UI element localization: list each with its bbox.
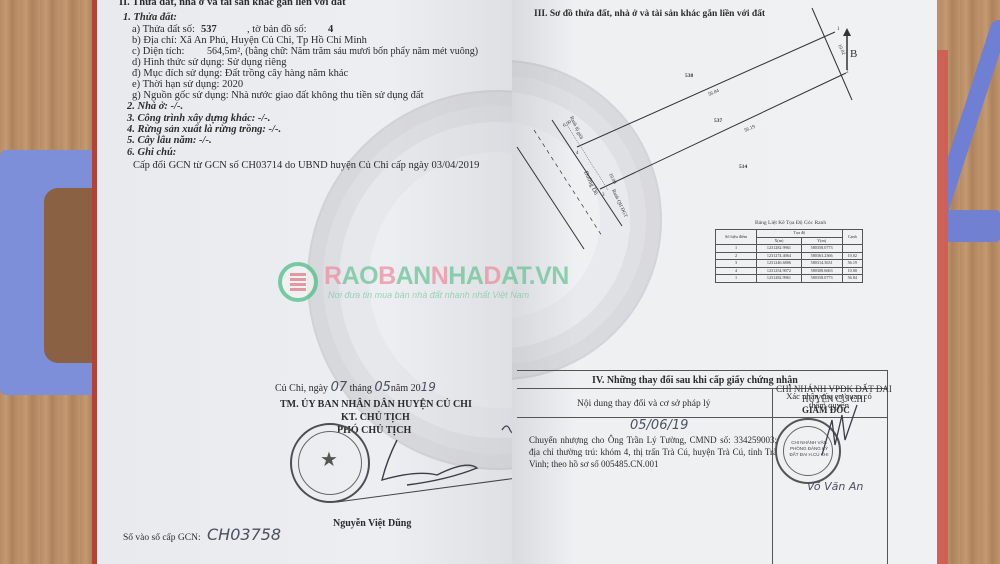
svg-text:10.00: 10.00	[607, 173, 616, 186]
table-row: 41231254.9072580308.666310.00	[716, 267, 863, 275]
signing-month: 05	[374, 380, 391, 395]
watermark-brand: RAOBANNHADAT.VN	[324, 262, 569, 291]
svg-text:537: 537	[714, 118, 723, 124]
svg-text:4: 4	[576, 151, 579, 156]
svg-text:Đường D6: Đường D6	[582, 170, 598, 196]
confirm-signature	[817, 400, 877, 460]
blue-stool-right	[940, 20, 1000, 250]
col-edge: Cạnh	[842, 230, 862, 245]
signing-year: 19	[421, 380, 436, 394]
building-logo-icon	[278, 262, 318, 302]
red-cover-edge-right	[936, 50, 948, 564]
col-change-content: Nội dung thay đổi và cơ sở pháp lý	[577, 398, 711, 411]
signing-date: Củ Chi, ngày 07 tháng 05năm 2019	[275, 380, 436, 395]
svg-text:538: 538	[685, 73, 694, 79]
signer-name: Nguyễn Việt Dũng	[333, 517, 411, 530]
blue-stool-left	[0, 150, 100, 395]
coord-table: Số hiệu điểm Tọa độ Cạnh X(m) Y(m) 11231…	[715, 229, 863, 283]
svg-text:3: 3	[602, 193, 605, 198]
entry-date: 05/06/19	[630, 419, 688, 432]
notes-text: Cấp đổi GCN từ GCN số CH03714 do UBND hu…	[133, 159, 479, 172]
confirm-signer: Võ Văn An	[807, 480, 863, 493]
coord-table-title: Bảng Liệt Kê Tọa Độ Góc Ranh	[755, 220, 826, 226]
signing-authority: TM. ỦY BAN NHÂN DÂN HUYỆN CỦ CHI	[280, 398, 472, 411]
col-coords: Tọa độ	[757, 230, 842, 238]
svg-text:10.02: 10.02	[836, 44, 845, 57]
watermark-tagline: Nơi đưa tin mua bán nhà đất nhanh nhất V…	[328, 290, 529, 300]
registry-label: Số vào sổ cấp GCN:	[123, 532, 201, 545]
svg-text:2: 2	[846, 70, 849, 75]
svg-text:514: 514	[739, 164, 748, 170]
col-x: X(m)	[757, 237, 801, 245]
col-y: Y(m)	[801, 237, 842, 245]
table-row: 31231246.6886580314.363156.19	[716, 260, 863, 268]
svg-text:56.84: 56.84	[708, 88, 721, 97]
registry-no: CH03758	[207, 528, 281, 541]
table-row: 11231282.9961580358.077356.84	[716, 275, 863, 283]
svg-text:Ranh QH ĐGT: Ranh QH ĐGT	[610, 189, 627, 219]
section-iv-table: IV. Những thay đổi sau khi cấp giấy chứn…	[517, 370, 937, 564]
table-row: 21231274.4064580363.236610.02	[716, 252, 863, 260]
svg-text:1: 1	[837, 27, 840, 32]
notes-heading: 6. Ghi chú:	[127, 146, 176, 159]
table-row: 11231282.9961580358.0773	[716, 245, 863, 253]
signing-day: 07	[331, 380, 348, 395]
north-label: B	[850, 48, 857, 60]
col-point: Số hiệu điểm	[716, 230, 757, 245]
section-iv-heading: IV. Những thay đổi sau khi cấp giấy chứn…	[592, 374, 798, 387]
raobannhadat-watermark: RAOBANNHADAT.VN Nơi đưa tin mua bán nhà …	[278, 258, 638, 308]
section-ii-heading: II. Thửa đất, nhà ở và tài sản khác gắn …	[119, 0, 346, 9]
entry-text: Chuyển nhượng cho Ông Trần Lý Tường, CMN…	[529, 434, 777, 470]
svg-text:56.19: 56.19	[744, 124, 757, 133]
svg-text:Ranh lộ giới: Ranh lộ giới	[568, 116, 583, 141]
signature-mark	[327, 420, 512, 510]
